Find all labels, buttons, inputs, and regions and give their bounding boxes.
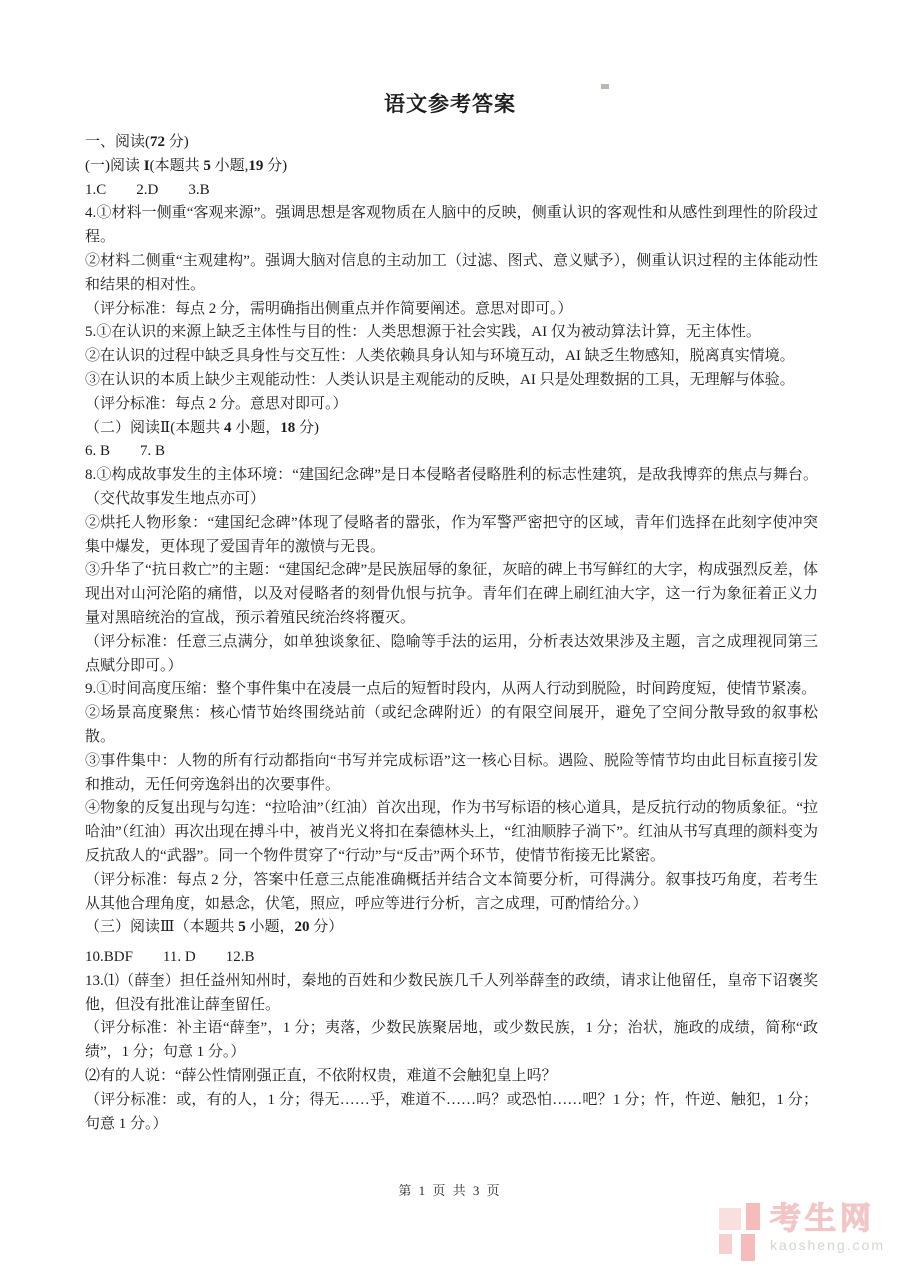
answer-5-point-2: ②在认识的过程中缺乏具身性与交互性：人类依赖具身认知与环境互动，AI 缺乏生物感… — [85, 345, 818, 369]
answer-8-point-2: ②烘托人物形象：“建国纪念碑”体现了侵略者的嚣张，作为军警严密把守的区域，青年们… — [85, 512, 818, 560]
reading-2-heading: （二）阅读Ⅱ(本题共 4 小题，18 分) — [85, 417, 818, 441]
answer-13-1: 13.⑴（薛奎）担任益州知州时，秦地的百姓和少数民族几千人列举薛奎的政绩，请求让… — [85, 970, 818, 1018]
answer-8-point-1: 8.①构成故事发生的主体环境：“建国纪念碑”是日本侵略者侵略胜利的标志性建筑，是… — [85, 464, 818, 512]
answer-4-point-2: ②材料二侧重“主观建构”。强调大脑对信息的主动加工（过滤、图式、意义赋予），侧重… — [85, 250, 818, 298]
answer-4-scoring: （评分标准：每点 2 分，需明确指出侧重点并作简要阐述。意思对即可。） — [85, 298, 818, 322]
reading-3-heading: （三）阅读Ⅲ（本题共 5 小题，20 分） — [85, 916, 818, 940]
watermark-text: 考生网 kaosheng.com — [770, 1203, 885, 1253]
answer-4-point-1: 4.①材料一侧重“客观来源”。强调思想是客观物质在人脑中的反映，侧重认识的客观性… — [85, 202, 818, 250]
answer-9-point-3: ③事件集中：人物的所有行动都指向“书写并完成标语”这一核心目标。遇险、脱险等情节… — [85, 750, 818, 798]
answer-9-point-1: 9.①时间高度压缩：整个事件集中在凌晨一点后的短暂时段内，从两人行动到脱险，时间… — [85, 678, 818, 702]
answer-9-scoring: （评分标准：每点 2 分，答案中任意三点能准确概括并结合文本简要分析，可得满分。… — [85, 869, 818, 917]
kaosheng-logo-icon — [719, 1203, 761, 1261]
document-page: 语文参考答案 一、阅读(72 分)(一)阅读 I(本题共 5 小题,19 分)1… — [0, 0, 900, 1273]
answer-5-point-3: ③在认识的本质上缺少主观能动性：人类认识是主观能动的反映，AI 只是处理数据的工… — [85, 369, 818, 393]
reading-1-heading: (一)阅读 I(本题共 5 小题,19 分) — [85, 155, 818, 179]
logo-block-bottom-right — [741, 1234, 755, 1261]
document-title: 语文参考答案 — [0, 0, 900, 118]
logo-block-top-right — [746, 1203, 760, 1230]
answer-13-2-scoring: （评分标准：或，有的人，1 分；得无……乎，难道不……吗？或恐怕……吧？1 分；… — [85, 1089, 818, 1137]
answer-9-point-4: ④物象的反复出现与勾连：“拉哈油”（红油）首次出现，作为书写标语的核心道具，是反… — [85, 797, 818, 868]
answers-6-7: 6. B 7. B — [85, 440, 818, 464]
answer-9-point-2: ②场景高度聚焦：核心情节始终围绕站前（或纪念碑附近）的有限空间展开，避免了空间分… — [85, 702, 818, 750]
logo-block-top-left — [719, 1208, 741, 1230]
watermark-site-name: 考生网 — [770, 1203, 885, 1235]
answer-5-point-1: 5.①在认识的来源上缺乏主体性与目的性：人类思想源于社会实践，AI 仅为被动算法… — [85, 321, 818, 345]
answers-10-12: 10.BDF 11. D 12.B — [85, 946, 818, 970]
site-watermark: 考生网 kaosheng.com — [719, 1203, 885, 1261]
answer-8-point-3: ③升华了“抗日救亡”的主题：“建国纪念碑”是民族屈辱的象征，灰暗的碑上书写鲜红的… — [85, 559, 818, 630]
section-heading-reading: 一、阅读(72 分) — [85, 131, 818, 155]
document-body: 一、阅读(72 分)(一)阅读 I(本题共 5 小题,19 分)1.C 2.D … — [85, 131, 818, 1136]
logo-block-bottom-left — [719, 1234, 732, 1254]
answer-5-scoring: （评分标准：每点 2 分。意思对即可。） — [85, 393, 818, 417]
answer-13-2: ⑵有的人说：“薛公性情刚强正直，不依附权贵，难道不会触犯皇上吗？ — [85, 1065, 818, 1089]
answer-8-scoring: （评分标准：任意三点满分，如单独谈象征、隐喻等手法的运用，分析表达效果涉及主题，… — [85, 631, 818, 679]
smudge-mark — [601, 84, 609, 89]
page-number-footer: 第 1 页 共 3 页 — [0, 1180, 900, 1199]
watermark-domain: kaosheng.com — [770, 1237, 885, 1253]
answers-1-3: 1.C 2.D 3.B — [85, 179, 818, 203]
answer-13-1-scoring: （评分标准：补主语“薛奎”，1 分；夷落，少数民族聚居地，或少数民族，1 分；治… — [85, 1017, 818, 1065]
